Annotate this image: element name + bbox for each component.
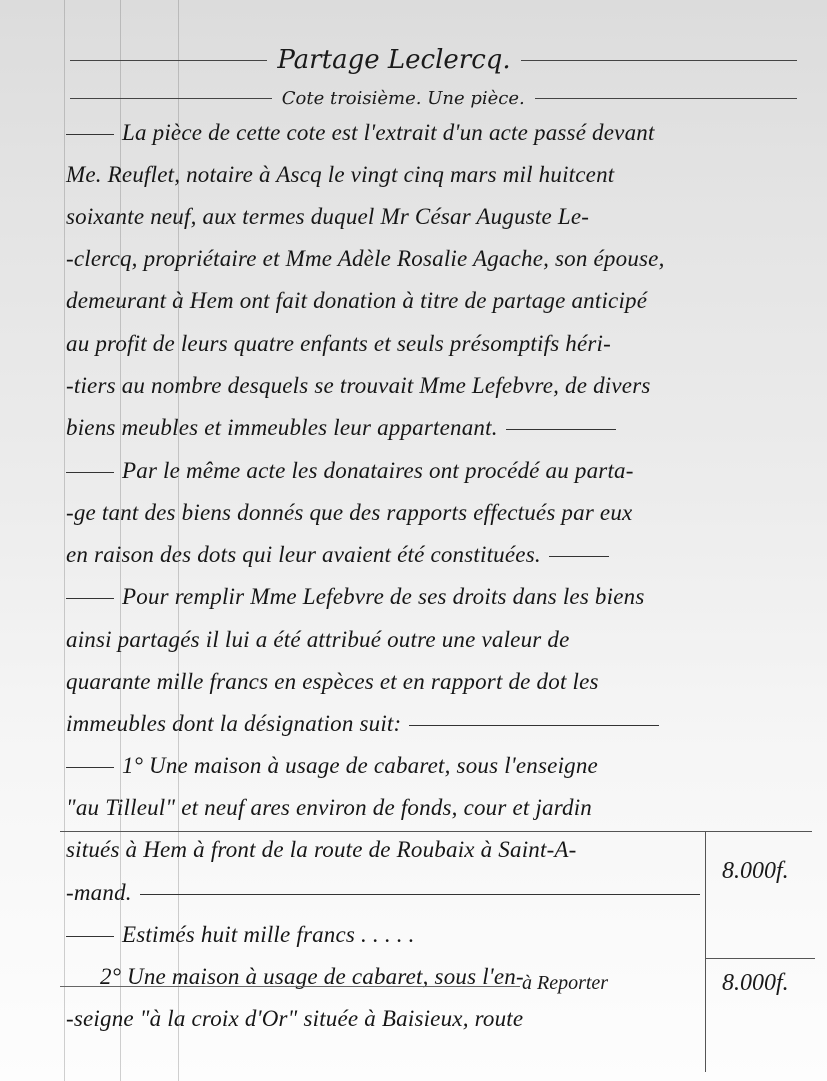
line-lead-dash xyxy=(66,767,114,768)
line-text: Estimés huit mille francs . . . . . xyxy=(122,922,415,947)
manuscript-page: Partage Leclercq. Cote troisième. Une pi… xyxy=(0,0,827,1081)
line-text: immeubles dont la désignation suit: xyxy=(66,711,401,736)
subtitle-rule-right xyxy=(535,98,797,99)
text-line: au profit de leurs quatre enfants et seu… xyxy=(66,331,611,357)
line-text: demeurant à Hem ont fait donation à titr… xyxy=(66,288,647,313)
text-line: biens meubles et immeubles leur apparten… xyxy=(66,415,616,441)
line-text: -seigne "à la croix d'Or" située à Baisi… xyxy=(66,1006,523,1031)
text-line: soixante neuf, aux termes duquel Mr Césa… xyxy=(66,204,589,230)
text-line: ainsi partagés il lui a été attribué out… xyxy=(66,627,570,653)
line-text: -clercq, propriétaire et Mme Adèle Rosal… xyxy=(66,246,665,271)
text-line: quarante mille francs en espèces et en r… xyxy=(66,669,599,695)
text-line: "au Tilleul" et neuf ares environ de fon… xyxy=(66,795,592,821)
amount-separator-rule xyxy=(705,958,815,959)
line-trail-rule xyxy=(409,725,659,726)
text-line: Me. Reuflet, notaire à Ascq le vingt cin… xyxy=(66,162,614,188)
subtitle-rule-left xyxy=(70,98,272,99)
text-line: La pièce de cette cote est l'extrait d'u… xyxy=(66,120,655,146)
text-line: -ge tant des biens donnés que des rappor… xyxy=(66,500,632,526)
text-line: -mand. xyxy=(66,880,700,906)
line-text: 1° Une maison à usage de cabaret, sous l… xyxy=(122,753,598,778)
line-text: ainsi partagés il lui a été attribué out… xyxy=(66,627,570,652)
text-line: -clercq, propriétaire et Mme Adèle Rosal… xyxy=(66,246,665,272)
line-text: en raison des dots qui leur avaient été … xyxy=(66,542,541,567)
line-text: La pièce de cette cote est l'extrait d'u… xyxy=(122,120,655,145)
title-rule-right xyxy=(521,60,797,61)
text-line: 1° Une maison à usage de cabaret, sous l… xyxy=(66,753,598,779)
amount-table-top-rule xyxy=(60,831,812,832)
line-text: soixante neuf, aux termes duquel Mr Césa… xyxy=(66,204,589,229)
line-text: Par le même acte les donataires ont proc… xyxy=(122,458,634,483)
line-lead-dash xyxy=(66,472,114,473)
reporter-rule xyxy=(60,986,520,987)
text-line: Pour remplir Mme Lefebvre de ses droits … xyxy=(66,584,644,610)
line-text: situés à Hem à front de la route de Roub… xyxy=(66,837,577,862)
line-text: -mand. xyxy=(66,880,132,905)
line-trail-rule xyxy=(549,556,609,557)
text-line: immeubles dont la désignation suit: xyxy=(66,711,659,737)
text-line: demeurant à Hem ont fait donation à titr… xyxy=(66,288,647,314)
line-lead-dash xyxy=(66,134,114,135)
line-text: "au Tilleul" et neuf ares environ de fon… xyxy=(66,795,592,820)
text-line: -seigne "à la croix d'Or" située à Baisi… xyxy=(66,1006,523,1032)
document-subtitle: Cote troisième. Une pièce. xyxy=(272,88,535,109)
document-title: Partage Leclercq. xyxy=(267,45,520,75)
document-title-row: Partage Leclercq. xyxy=(70,45,797,75)
line-text: Pour remplir Mme Lefebvre de ses droits … xyxy=(122,584,644,609)
line-trail-rule xyxy=(506,429,616,430)
carry-forward-amount: 8.000f. xyxy=(722,970,789,997)
line-lead-dash xyxy=(66,598,114,599)
line-text: biens meubles et immeubles leur apparten… xyxy=(66,415,498,440)
estimate-amount: 8.000f. xyxy=(722,858,789,885)
text-line: -tiers au nombre desquels se trouvait Mm… xyxy=(66,373,651,399)
text-line: Par le même acte les donataires ont proc… xyxy=(66,458,634,484)
margin-rule xyxy=(64,0,65,1081)
text-line: Estimés huit mille francs . . . . . xyxy=(66,922,415,948)
line-text: quarante mille francs en espèces et en r… xyxy=(66,669,599,694)
carry-forward-label: à Reporter xyxy=(522,972,608,995)
line-lead-dash xyxy=(66,936,114,937)
text-line: situés à Hem à front de la route de Roub… xyxy=(66,837,577,863)
text-line: en raison des dots qui leur avaient été … xyxy=(66,542,609,568)
line-text: Me. Reuflet, notaire à Ascq le vingt cin… xyxy=(66,162,614,187)
line-text: -tiers au nombre desquels se trouvait Mm… xyxy=(66,373,651,398)
amount-column-rule xyxy=(705,832,706,1072)
line-text: au profit de leurs quatre enfants et seu… xyxy=(66,331,611,356)
line-trail-rule xyxy=(140,894,700,895)
line-text: -ge tant des biens donnés que des rappor… xyxy=(66,500,632,525)
document-subtitle-row: Cote troisième. Une pièce. xyxy=(70,88,797,109)
title-rule-left xyxy=(70,60,267,61)
